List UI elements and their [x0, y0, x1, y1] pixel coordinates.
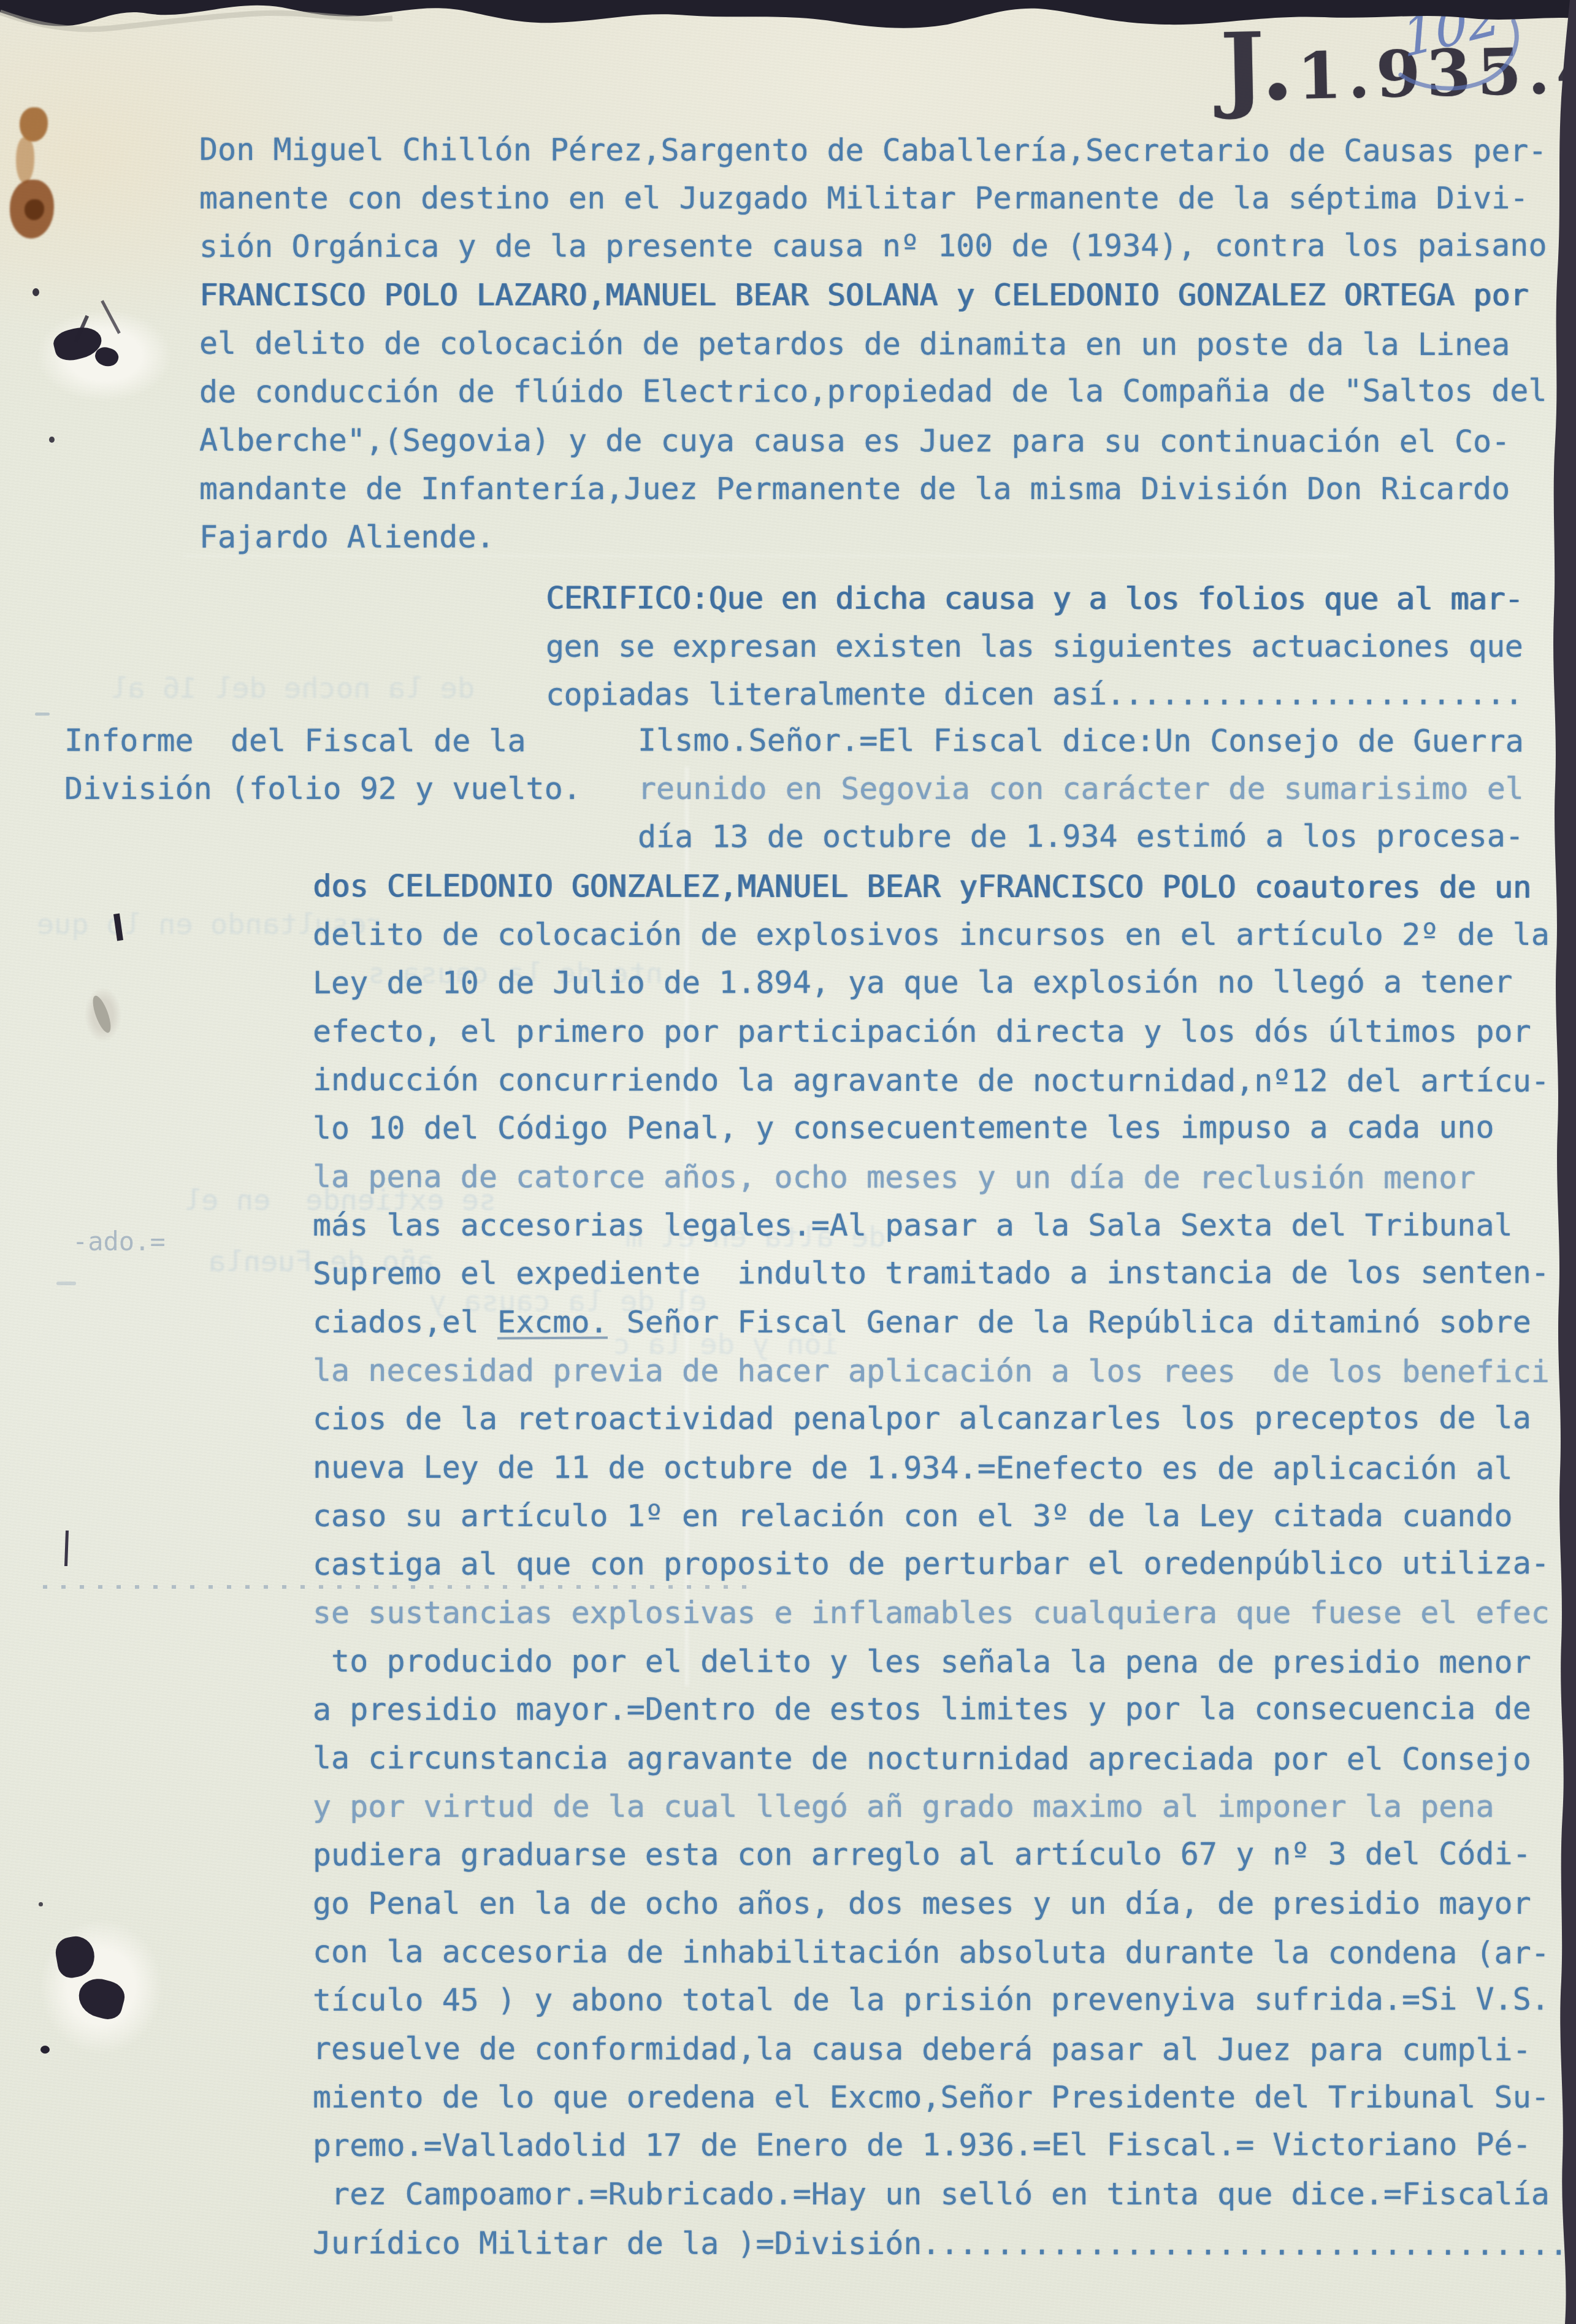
- text-line: resuelve de conformidad,la causa deberá …: [313, 2025, 1576, 2074]
- text-line: caso su artículo 1º en relación con el 3…: [313, 1492, 1576, 1540]
- dotted-separator-line: [43, 1585, 748, 1589]
- text-line: a presidio mayor.=Dentro de estos limite…: [313, 1684, 1576, 1734]
- text-line: día 13 de octubre de 1.934 estimó a los …: [638, 812, 1524, 861]
- rust-stain: [6, 107, 74, 254]
- text-line: castiga al que con proposito de perturba…: [313, 1539, 1576, 1589]
- pen-swash-stroke: [1380, 11, 1551, 115]
- text-line: Ilsmo.Señor.=El Fiscal dice:Un Consejo d…: [638, 716, 1524, 766]
- text-line: reunido en Segovia con carácter de sumar…: [638, 765, 1524, 813]
- certifico-paragraph: CERIFICO:Que en dicha causa y a los foli…: [546, 574, 1523, 719]
- text-line: se sustancias explosivas e inflamables c…: [313, 1589, 1576, 1637]
- text-line-certifico: CERIFICO:Que en dicha causa y a los foli…: [546, 574, 1523, 624]
- text-line: premo.=Valladolid 17 de Enero de 1.936.=…: [313, 2120, 1576, 2170]
- text-line: efecto, el primero por participación dir…: [313, 1007, 1576, 1056]
- opening-paragraph: Don Miguel Chillón Pérez,Sargento de Cab…: [199, 126, 1547, 562]
- text-line: delito de colocación de explosivos incur…: [313, 911, 1576, 959]
- ink-speck: [49, 437, 55, 443]
- text-line: más las accesorias legales.=Al pasar a l…: [313, 1201, 1576, 1250]
- text-line-closing-dots: Jurídico Militar de la )=División.......…: [313, 2219, 1576, 2269]
- margin-note: Informe del Fiscal de la División (folio…: [64, 716, 581, 813]
- text-line: la necesidad previa de hacer aplicación …: [313, 1347, 1576, 1396]
- scanned-document-page: de la noche del 16 al resultando en lo q…: [0, 0, 1576, 2324]
- text-line: Supremo el expediente indulto tramitado …: [313, 1248, 1576, 1298]
- text-line: Don Miguel Chillón Pérez,Sargento de Cab…: [199, 126, 1547, 175]
- bleedthrough-text: de la noche del 16 al: [110, 671, 475, 705]
- text-line: to producido por el delito y les señala …: [313, 1637, 1576, 1687]
- text-line: Ley de 10 de Julio de 1.894, ya que la e…: [313, 958, 1576, 1007]
- margin-note-line: Informe del Fiscal de la: [64, 717, 581, 766]
- text-line: rez Campoamor.=Rubricado.=Hay un selló e…: [313, 2170, 1576, 2219]
- margin-dash-mark: [56, 1282, 76, 1285]
- text-line-defendant-names: FRANCISCO POLO LAZARO,MANUEL BEAR SOLANA…: [199, 271, 1547, 319]
- fiscal-report-column: Ilsmo.Señor.=El Fiscal dice:Un Consejo d…: [638, 716, 1524, 862]
- paper-hole: [34, 1895, 169, 2060]
- text-line: pudiera graduarse esta con arreglo al ar…: [313, 1830, 1576, 1879]
- ink-streak: [64, 1531, 69, 1566]
- text-line: la pena de catorce años, ocho meses y un…: [313, 1153, 1576, 1202]
- text-line-defendant-names: dos CELEDONIO GONZALEZ,MANUEL BEAR yFRAN…: [313, 862, 1576, 912]
- text-line: la circunstancia agravante de nocturnida…: [313, 1734, 1576, 1784]
- text-line: de conducción de flúido Electrico,propie…: [199, 367, 1547, 416]
- text-line: cios de la retroactividad penalpor alcan…: [313, 1394, 1576, 1443]
- text-line: tículo 45 ) y abono total de la prisión …: [313, 1975, 1576, 2025]
- text-line: lo 10 del Código Penal, y consecuentemen…: [313, 1103, 1576, 1153]
- text-line: Fajardo Aliende.: [199, 512, 1547, 562]
- text-line: y por virtud de la cual llegó añ grado m…: [313, 1783, 1576, 1831]
- paper-hole: [37, 310, 172, 408]
- text-line: gen se expresan existen las siguientes a…: [546, 622, 1523, 671]
- text-line: Alberche",(Segovia) y de cuya causa es J…: [199, 416, 1547, 466]
- text-line: el delito de colocación de petardos de d…: [199, 319, 1547, 369]
- stamp-prefix: J.: [1219, 11, 1298, 123]
- text-line: inducción concurriendo la agravante de n…: [313, 1056, 1576, 1106]
- text-line: miento de lo que oredena el Excmo,Señor …: [313, 2073, 1576, 2122]
- text-line: mandante de Infantería,Juez Permanente d…: [199, 465, 1547, 513]
- margin-note-line: División (folio 92 y vuelto.: [64, 765, 581, 813]
- main-body-text: dos CELEDONIO GONZALEZ,MANUEL BEAR yFRAN…: [313, 862, 1576, 2267]
- text-line: nueva Ley de 11 de octubre de 1.934.=Ene…: [313, 1443, 1576, 1493]
- margin-note-fragment: -ado.=: [72, 1226, 166, 1256]
- text-line: copiadas literalmente dicen así.........…: [546, 670, 1523, 719]
- margin-dash-mark: [35, 713, 50, 716]
- text-line: manente con destino en el Juzgado Milita…: [199, 174, 1547, 223]
- text-line: sión Orgánica y de la presente causa nº …: [199, 221, 1547, 271]
- text-line: con la accesoria de inhabilitación absol…: [313, 1928, 1576, 1978]
- text-line: go Penal en la de ocho años, dos meses y…: [313, 1879, 1576, 1928]
- ink-speck: [33, 288, 39, 296]
